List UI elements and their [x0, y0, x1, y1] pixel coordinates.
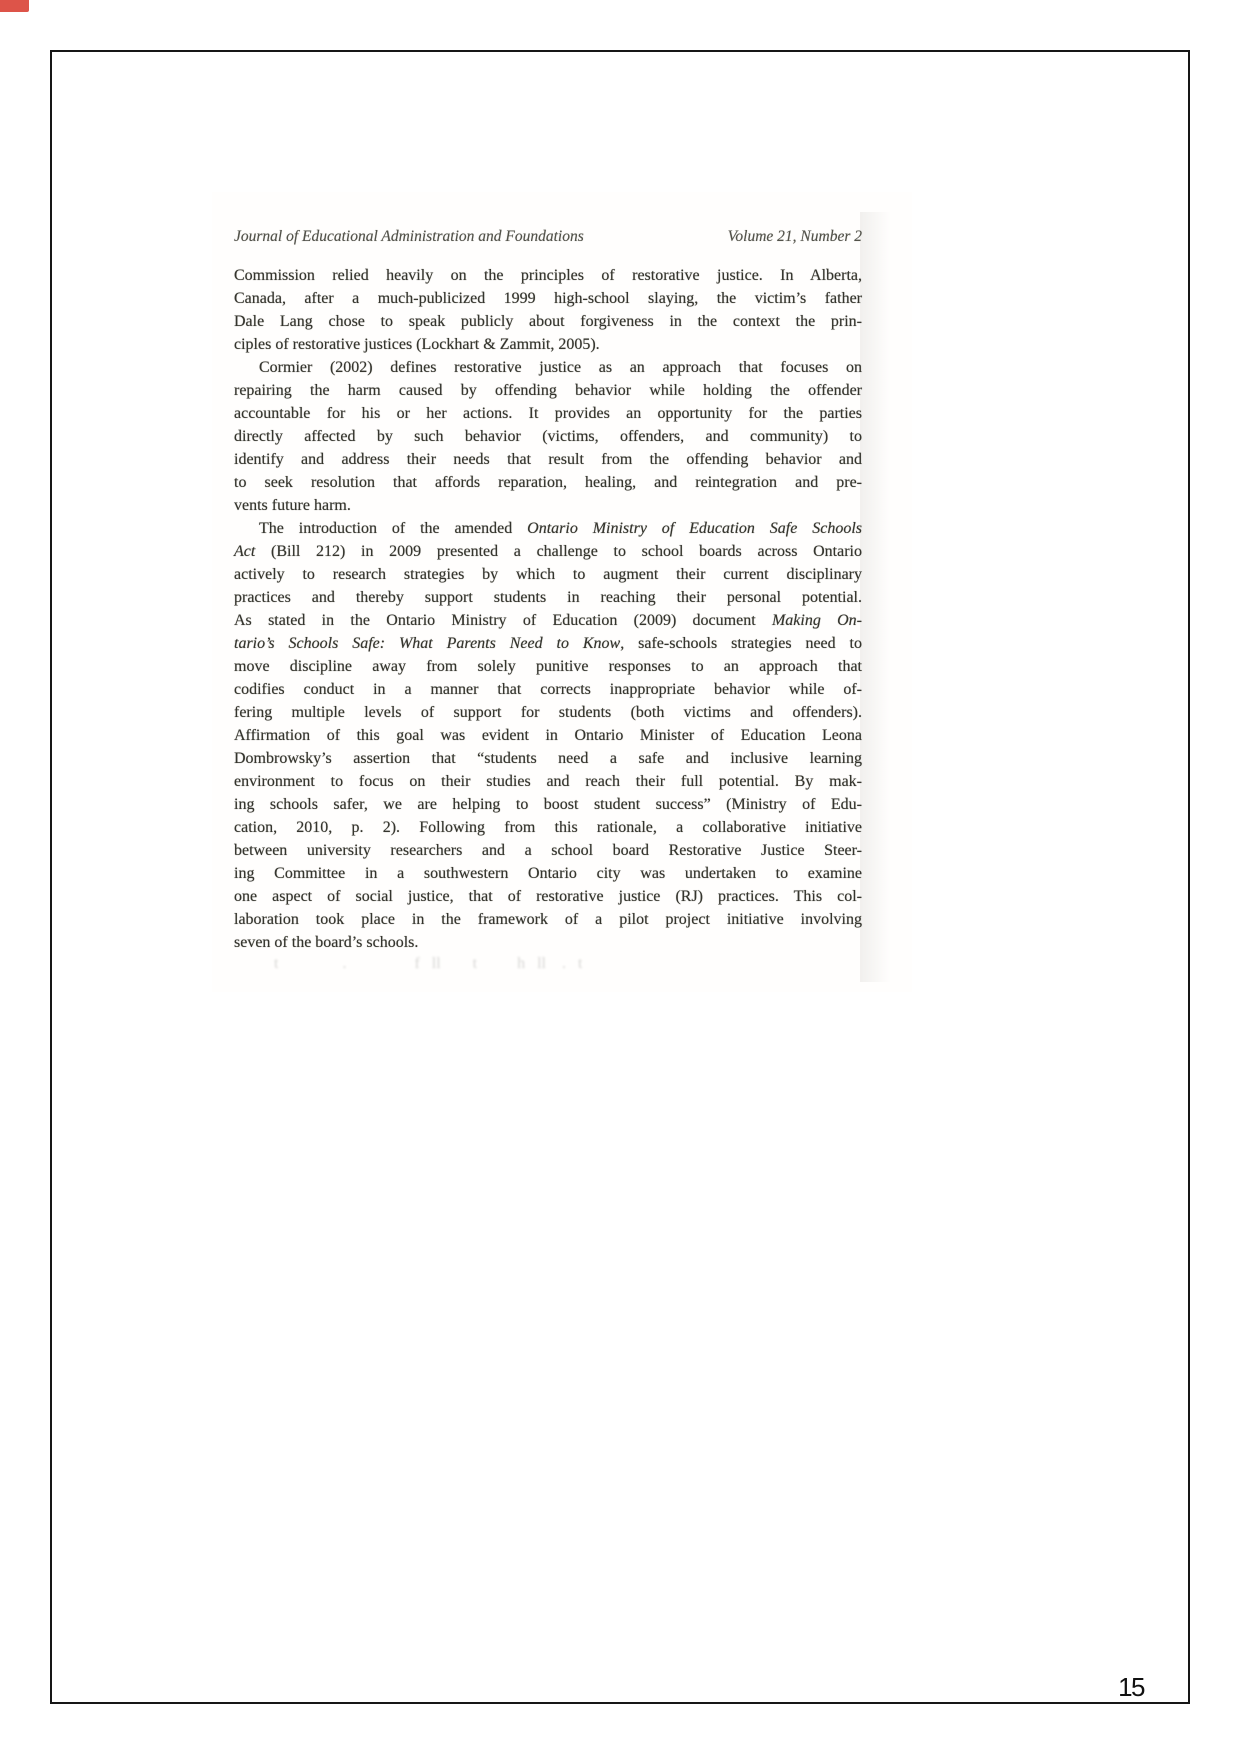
scan-edge-shadow: [860, 212, 896, 982]
text-line: As stated in the Ontario Ministry of Edu…: [234, 609, 862, 632]
text-line: Act (Bill 212) in 2009 presented a chall…: [234, 540, 862, 563]
text-line: laboration took place in the framework o…: [234, 908, 862, 931]
text-line: Affirmation of this goal was evident in …: [234, 724, 862, 747]
text-line: Dale Lang chose to speak publicly about …: [234, 310, 862, 333]
text-line: Canada, after a much-publicized 1999 hig…: [234, 287, 862, 310]
cutoff-text-line: t . f ll t h ll . t: [234, 952, 862, 975]
text-line: The introduction of the amended Ontario …: [234, 517, 862, 540]
page-number: 15: [1064, 1672, 1144, 1702]
text-line: one aspect of social justice, that of re…: [234, 885, 862, 908]
text-line: between university researchers and a sch…: [234, 839, 862, 862]
red-corner-mark: [0, 0, 29, 12]
text-line: actively to research strategies by which…: [234, 563, 862, 586]
text-line: tario’s Schools Safe: What Parents Need …: [234, 632, 862, 655]
text-line: to seek resolution that affords reparati…: [234, 471, 862, 494]
text-line: accountable for his or her actions. It p…: [234, 402, 862, 425]
text-line: move discipline away from solely punitiv…: [234, 655, 862, 678]
volume-label: Volume 21, Number 2: [728, 226, 862, 248]
text-line: repairing the harm caused by offending b…: [234, 379, 862, 402]
text-line: seven of the board’s schools.: [234, 931, 862, 954]
text-line: codifies conduct in a manner that correc…: [234, 678, 862, 701]
text-line: identify and address their needs that re…: [234, 448, 862, 471]
text-line: cation, 2010, p. 2). Following from this…: [234, 816, 862, 839]
text-line: ing schools safer, we are helping to boo…: [234, 793, 862, 816]
page-border-frame: Journal of Educational Administration an…: [50, 50, 1190, 1704]
text-line: ing Committee in a southwestern Ontario …: [234, 862, 862, 885]
text-line: Dombrowsky’s assertion that “students ne…: [234, 747, 862, 770]
text-line: environment to focus on their studies an…: [234, 770, 862, 793]
journal-header: Journal of Educational Administration an…: [234, 226, 862, 248]
text-line: practices and thereby support students i…: [234, 586, 862, 609]
document-page: Journal of Educational Administration an…: [0, 0, 1241, 1754]
scanned-journal-page: Journal of Educational Administration an…: [212, 192, 912, 992]
journal-title: Journal of Educational Administration an…: [234, 226, 584, 248]
text-line: Commission relied heavily on the princip…: [234, 264, 862, 287]
article-text: Commission relied heavily on the princip…: [234, 264, 862, 954]
text-line: fering multiple levels of support for st…: [234, 701, 862, 724]
text-line: Cormier (2002) defines restorative justi…: [234, 356, 862, 379]
text-line: directly affected by such behavior (vict…: [234, 425, 862, 448]
text-line: ciples of restorative justices (Lockhart…: [234, 333, 862, 356]
text-line: vents future harm.: [234, 494, 862, 517]
